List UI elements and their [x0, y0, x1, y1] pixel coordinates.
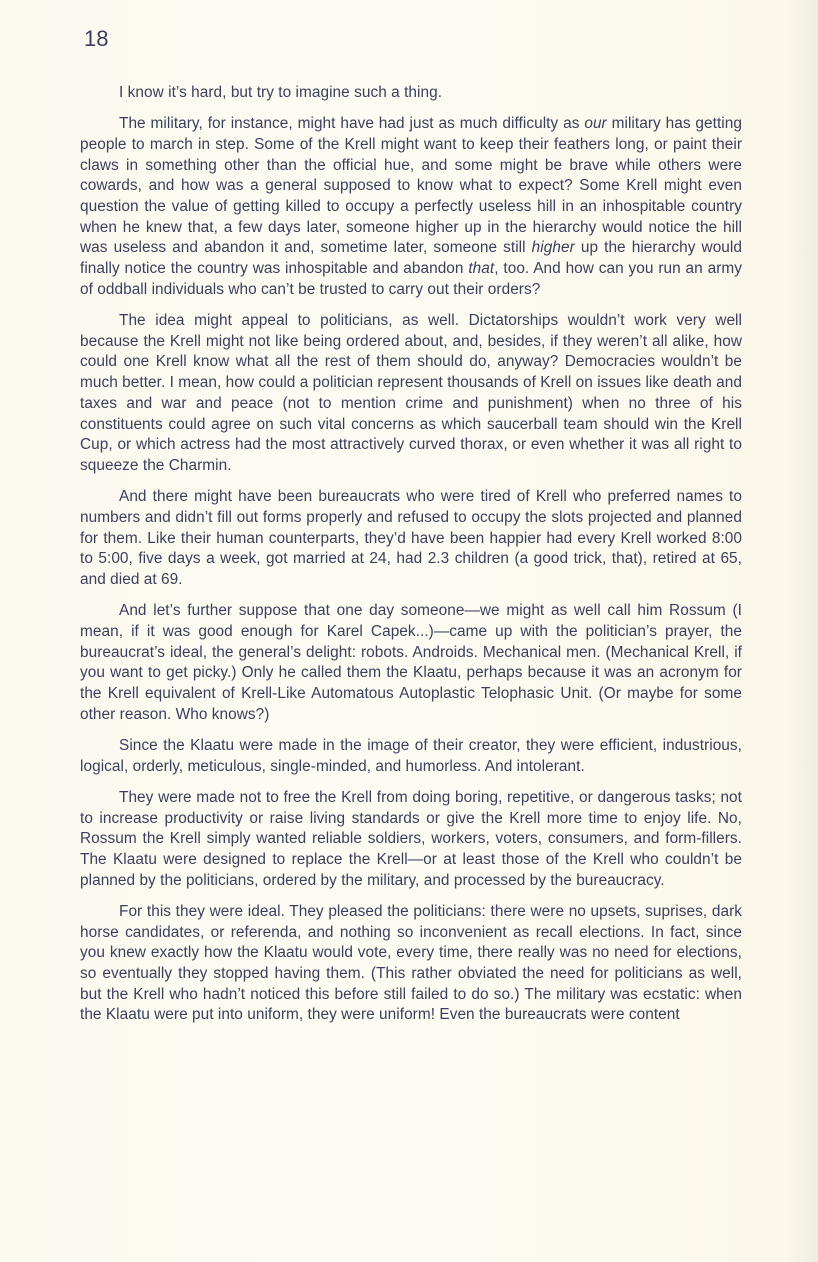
paragraph-2: The military, for instance, might have h…	[80, 114, 742, 300]
paragraph-1: I know it’s hard, but try to imagine suc…	[80, 83, 742, 104]
paragraph-6: Since the Klaatu were made in the image …	[80, 736, 742, 777]
paragraph-4: And there might have been bureaucrats wh…	[80, 487, 742, 591]
text-run: And let’s further suppose that one day s…	[80, 602, 742, 723]
text-run: They were made not to free the Krell fro…	[80, 789, 742, 889]
paragraph-7: They were made not to free the Krell fro…	[80, 788, 742, 892]
paragraph-5: And let’s further suppose that one day s…	[80, 601, 742, 725]
paragraph-8: For this they were ideal. They pleased t…	[80, 902, 742, 1026]
emphasis-text: that	[468, 260, 494, 277]
text-run: military has getting people to march in …	[80, 115, 742, 256]
body-text: I know it’s hard, but try to imagine suc…	[80, 83, 742, 1037]
emphasis-text: higher	[532, 239, 575, 256]
page-number: 18	[84, 26, 108, 52]
text-run: Since the Klaatu were made in the image …	[80, 737, 742, 775]
paragraph-3: The idea might appeal to politicians, as…	[80, 311, 742, 477]
text-run: I know it’s hard, but try to imagine suc…	[119, 84, 442, 101]
text-run: For this they were ideal. They pleased t…	[80, 903, 742, 1024]
text-run: The military, for instance, might have h…	[119, 115, 584, 132]
emphasis-text: our	[584, 115, 606, 132]
text-run: The idea might appeal to politicians, as…	[80, 312, 742, 474]
book-page: 18 I know it’s hard, but try to imagine …	[0, 0, 818, 1262]
text-run: And there might have been bureaucrats wh…	[80, 488, 742, 588]
